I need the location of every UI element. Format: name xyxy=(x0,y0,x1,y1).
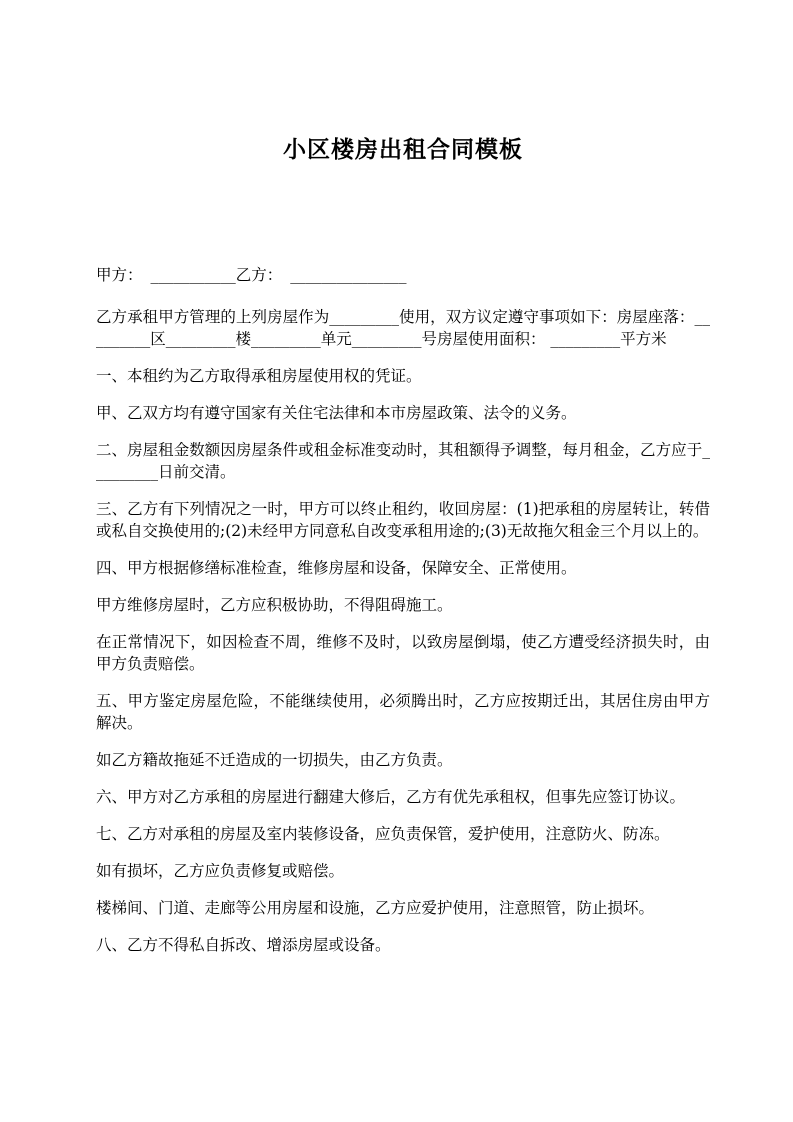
parties-line: 甲方：___________乙方：_______________ xyxy=(96,264,710,286)
contract-paragraph: 乙方承租甲方管理的上列房屋作为_________使用，双方议定遵守事项如下：房屋… xyxy=(96,306,710,350)
contract-paragraph: 在正常情况下，如因检查不周，维修不及时，以致房屋倒塌，使乙方遭受经济损失时，由甲… xyxy=(96,631,710,675)
contract-paragraph: 一、本租约为乙方取得承租房屋使用权的凭证。 xyxy=(96,365,710,387)
party-b-label: 乙方： xyxy=(236,266,283,284)
contract-paragraph: 七、乙方对承租的房屋及室内装修设备，应负责保管，爱护使用，注意防火、防冻。 xyxy=(96,823,710,845)
contract-paragraph: 甲、乙双方均有遵守国家有关住宅法律和本市房屋政策、法令的义务。 xyxy=(96,402,710,424)
contract-paragraph: 四、甲方根据修缮标准检查，维修房屋和设备，保障安全、正常使用。 xyxy=(96,557,710,579)
contract-body: 乙方承租甲方管理的上列房屋作为_________使用，双方议定遵守事项如下：房屋… xyxy=(96,306,710,956)
contract-paragraph: 六、甲方对乙方承租的房屋进行翻建大修后，乙方有优先承租权，但事先应签订协议。 xyxy=(96,786,710,808)
party-a-blank: ___________ xyxy=(151,266,236,284)
contract-paragraph: 八、乙方不得私自拆改、增添房屋或设备。 xyxy=(96,934,710,956)
party-b-blank: _______________ xyxy=(290,266,406,284)
contract-paragraph: 五、甲方鉴定房屋危险，不能继续使用，必须腾出时，乙方应按期迁出，其居住房由甲方解… xyxy=(96,690,710,734)
contract-paragraph: 三、乙方有下列情况之一时，甲方可以终止租约，收回房屋：(1)把承租的房屋转让，转… xyxy=(96,498,710,542)
contract-paragraph: 甲方维修房屋时，乙方应积极协助，不得阻碍施工。 xyxy=(96,594,710,616)
document-page: 小区楼房出租合同模板 甲方：___________乙方：____________… xyxy=(0,0,793,1122)
document-title: 小区楼房出租合同模板 xyxy=(96,136,710,164)
contract-paragraph: 如有损坏，乙方应负责修复或赔偿。 xyxy=(96,860,710,882)
contract-paragraph: 楼梯间、门道、走廊等公用房屋和设施，乙方应爱护使用，注意照管，防止损坏。 xyxy=(96,897,710,919)
contract-paragraph: 二、房屋租金数额因房屋条件或租金标准变动时，其租额得予调整，每月租金，乙方应于_… xyxy=(96,439,710,483)
party-a-label: 甲方： xyxy=(96,266,143,284)
contract-paragraph: 如乙方籍故拖延不迁造成的一切损失，由乙方负责。 xyxy=(96,749,710,771)
